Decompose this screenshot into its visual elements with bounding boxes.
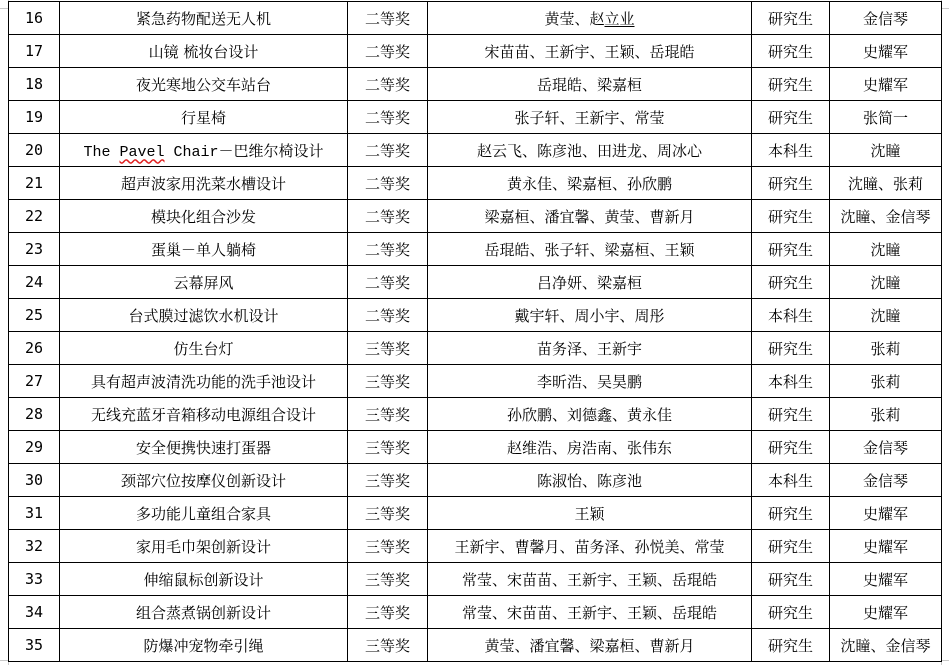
table-row: 19 行星椅 二等奖 张子轩、王新宇、常莹 研究生 张简一 [9,101,942,134]
advisor[interactable]: 金信琴 [830,431,942,464]
row-number[interactable]: 28 [9,398,60,431]
student-level[interactable]: 研究生 [752,431,830,464]
advisor[interactable]: 沈瞳、张莉 [830,167,942,200]
row-number[interactable]: 22 [9,200,60,233]
advisor[interactable]: 张简一 [830,101,942,134]
project-title[interactable]: 仿生台灯 [60,332,348,365]
project-title[interactable]: 颈部穴位按摩仪创新设计 [60,464,348,497]
advisor[interactable]: 史耀军 [830,68,942,101]
team-members[interactable]: 梁嘉桓、潘宜馨、黄莹、曹新月 [428,200,752,233]
table-row: 31 多功能儿童组合家具 三等奖 王颖 研究生 史耀军 [9,497,942,530]
student-level[interactable]: 研究生 [752,629,830,662]
advisor[interactable]: 史耀军 [830,35,942,68]
table-row: 34 组合蒸煮锅创新设计 三等奖 常莹、宋苗苗、王新宇、王颖、岳琨皓 研究生 史… [9,596,942,629]
project-title[interactable]: 蛋巢－单人躺椅 [60,233,348,266]
awards-table-body: 16 紧急药物配送无人机 二等奖 黄莹、赵立业 研究生 金信琴 17 山镜 梳妆… [9,2,942,662]
student-level[interactable]: 研究生 [752,530,830,563]
team-members[interactable]: 吕净妍、梁嘉桓 [428,266,752,299]
team-members[interactable]: 黄莹、赵立业 [428,2,752,35]
team-members[interactable]: 黄莹、潘宜馨、梁嘉桓、曹新月 [428,629,752,662]
title-chinese: －巴维尔椅设计 [219,142,324,160]
team-members[interactable]: 岳琨皓、张子轩、梁嘉桓、王颖 [428,233,752,266]
team-members[interactable]: 岳琨皓、梁嘉桓 [428,68,752,101]
team-members[interactable]: 常莹、宋苗苗、王新宇、王颖、岳琨皓 [428,563,752,596]
award-level[interactable]: 三等奖 [348,596,428,629]
team-members[interactable]: 陈淑怡、陈彦池 [428,464,752,497]
row-number[interactable]: 34 [9,596,60,629]
student-level[interactable]: 研究生 [752,266,830,299]
advisor[interactable]: 沈瞳 [830,233,942,266]
award-level[interactable]: 二等奖 [348,266,428,299]
award-level[interactable]: 二等奖 [348,200,428,233]
advisor[interactable]: 沈瞳 [830,266,942,299]
award-level[interactable]: 三等奖 [348,530,428,563]
student-level[interactable]: 研究生 [752,68,830,101]
row-number[interactable]: 26 [9,332,60,365]
table-row: 29 安全便携快速打蛋器 三等奖 赵维浩、房浩南、张伟东 研究生 金信琴 [9,431,942,464]
award-level[interactable]: 二等奖 [348,299,428,332]
project-title[interactable]: 夜光寒地公交车站台 [60,68,348,101]
row-number[interactable]: 16 [9,2,60,35]
student-level[interactable]: 研究生 [752,398,830,431]
award-level[interactable]: 二等奖 [348,101,428,134]
project-title[interactable]: 组合蒸煮锅创新设计 [60,596,348,629]
award-level[interactable]: 三等奖 [348,398,428,431]
advisor[interactable]: 张莉 [830,332,942,365]
row-number[interactable]: 35 [9,629,60,662]
advisor[interactable]: 沈瞳、金信琴 [830,629,942,662]
project-title[interactable]: 超声波家用洗菜水槽设计 [60,167,348,200]
table-row: 35 防爆冲宠物牵引绳 三等奖 黄莹、潘宜馨、梁嘉桓、曹新月 研究生 沈瞳、金信… [9,629,942,662]
page-corner-mark-bottom-right [941,660,949,665]
team-members[interactable]: 宋苗苗、王新宇、王颖、岳琨皓 [428,35,752,68]
table-row: 20 The Pavel Chair－巴维尔椅设计 二等奖 赵云飞、陈彦池、田进… [9,134,942,167]
advisor[interactable]: 张莉 [830,365,942,398]
underlined-text: 立业 [605,10,635,28]
project-title[interactable]: 家用毛巾架创新设计 [60,530,348,563]
team-members[interactable]: 苗务泽、王新宇 [428,332,752,365]
award-level[interactable]: 三等奖 [348,497,428,530]
project-title[interactable]: 防爆冲宠物牵引绳 [60,629,348,662]
award-level[interactable]: 三等奖 [348,464,428,497]
row-number[interactable]: 29 [9,431,60,464]
row-number[interactable]: 23 [9,233,60,266]
student-level[interactable]: 研究生 [752,167,830,200]
team-members[interactable]: 王新宇、曹馨月、苗务泽、孙悦美、常莹 [428,530,752,563]
table-row: 27 具有超声波清洗功能的洗手池设计 三等奖 李昕浩、吴昊鹏 本科生 张莉 [9,365,942,398]
award-level[interactable]: 二等奖 [348,2,428,35]
project-title[interactable]: The Pavel Chair－巴维尔椅设计 [60,134,348,167]
project-title[interactable]: 紧急药物配送无人机 [60,2,348,35]
project-title[interactable]: 台式膜过滤饮水机设计 [60,299,348,332]
team-members-text: 黄莹、赵 [544,10,604,28]
row-number[interactable]: 30 [9,464,60,497]
table-row: 17 山镜 梳妆台设计 二等奖 宋苗苗、王新宇、王颖、岳琨皓 研究生 史耀军 [9,35,942,68]
advisor[interactable]: 沈瞳 [830,134,942,167]
advisor[interactable]: 史耀军 [830,563,942,596]
table-row: 22 模块化组合沙发 二等奖 梁嘉桓、潘宜馨、黄莹、曹新月 研究生 沈瞳、金信琴 [9,200,942,233]
advisor[interactable]: 沈瞳、金信琴 [830,200,942,233]
team-members[interactable]: 李昕浩、吴昊鹏 [428,365,752,398]
row-number[interactable]: 18 [9,68,60,101]
table-row: 18 夜光寒地公交车站台 二等奖 岳琨皓、梁嘉桓 研究生 史耀军 [9,68,942,101]
advisor[interactable]: 张莉 [830,398,942,431]
row-number[interactable]: 17 [9,35,60,68]
table-row: 25 台式膜过滤饮水机设计 二等奖 戴宇轩、周小宇、周彤 本科生 沈瞳 [9,299,942,332]
award-level[interactable]: 二等奖 [348,68,428,101]
award-level[interactable]: 二等奖 [348,134,428,167]
award-level[interactable]: 三等奖 [348,365,428,398]
advisor[interactable]: 史耀军 [830,497,942,530]
row-number[interactable]: 27 [9,365,60,398]
student-level[interactable]: 研究生 [752,596,830,629]
row-number[interactable]: 32 [9,530,60,563]
project-title[interactable]: 山镜 梳妆台设计 [60,35,348,68]
project-title[interactable]: 安全便携快速打蛋器 [60,431,348,464]
student-level[interactable]: 研究生 [752,563,830,596]
award-level[interactable]: 三等奖 [348,629,428,662]
student-level[interactable]: 研究生 [752,35,830,68]
student-level[interactable]: 本科生 [752,134,830,167]
student-level[interactable]: 研究生 [752,200,830,233]
title-latin: The [83,144,119,161]
advisor[interactable]: 史耀军 [830,596,942,629]
row-number[interactable]: 20 [9,134,60,167]
advisor[interactable]: 沈瞳 [830,299,942,332]
row-number[interactable]: 25 [9,299,60,332]
student-level[interactable]: 本科生 [752,365,830,398]
row-number[interactable]: 31 [9,497,60,530]
student-level[interactable]: 研究生 [752,2,830,35]
award-level[interactable]: 三等奖 [348,563,428,596]
team-members[interactable]: 戴宇轩、周小宇、周彤 [428,299,752,332]
awards-table: 16 紧急药物配送无人机 二等奖 黄莹、赵立业 研究生 金信琴 17 山镜 梳妆… [8,1,942,662]
project-title[interactable]: 多功能儿童组合家具 [60,497,348,530]
project-title[interactable]: 伸缩鼠标创新设计 [60,563,348,596]
student-level[interactable]: 研究生 [752,233,830,266]
team-members[interactable]: 孙欣鹏、刘德鑫、黄永佳 [428,398,752,431]
project-title[interactable]: 行星椅 [60,101,348,134]
award-level[interactable]: 三等奖 [348,431,428,464]
project-title[interactable]: 模块化组合沙发 [60,200,348,233]
team-members[interactable]: 赵维浩、房浩南、张伟东 [428,431,752,464]
award-level[interactable]: 二等奖 [348,35,428,68]
spellcheck-flagged-word[interactable]: Pavel [119,144,164,161]
student-level[interactable]: 本科生 [752,464,830,497]
team-members[interactable]: 常莹、宋苗苗、王新宇、王颖、岳琨皓 [428,596,752,629]
advisor[interactable]: 金信琴 [830,2,942,35]
row-number[interactable]: 24 [9,266,60,299]
award-level[interactable]: 二等奖 [348,233,428,266]
table-row: 23 蛋巢－单人躺椅 二等奖 岳琨皓、张子轩、梁嘉桓、王颖 研究生 沈瞳 [9,233,942,266]
table-row: 26 仿生台灯 三等奖 苗务泽、王新宇 研究生 张莉 [9,332,942,365]
student-level[interactable]: 研究生 [752,332,830,365]
table-row: 24 云幕屏风 二等奖 吕净妍、梁嘉桓 研究生 沈瞳 [9,266,942,299]
award-level[interactable]: 二等奖 [348,167,428,200]
team-members[interactable]: 王颖 [428,497,752,530]
project-title[interactable]: 无线充蓝牙音箱移动电源组合设计 [60,398,348,431]
student-level[interactable]: 研究生 [752,497,830,530]
row-number[interactable]: 33 [9,563,60,596]
table-row: 28 无线充蓝牙音箱移动电源组合设计 三等奖 孙欣鹏、刘德鑫、黄永佳 研究生 张… [9,398,942,431]
table-row: 16 紧急药物配送无人机 二等奖 黄莹、赵立业 研究生 金信琴 [9,2,942,35]
table-row: 32 家用毛巾架创新设计 三等奖 王新宇、曹馨月、苗务泽、孙悦美、常莹 研究生 … [9,530,942,563]
student-level[interactable]: 本科生 [752,299,830,332]
team-members[interactable]: 张子轩、王新宇、常莹 [428,101,752,134]
table-row: 21 超声波家用洗菜水槽设计 二等奖 黄永佳、梁嘉桓、孙欣鹏 研究生 沈瞳、张莉 [9,167,942,200]
project-title[interactable]: 具有超声波清洗功能的洗手池设计 [60,365,348,398]
student-level[interactable]: 研究生 [752,101,830,134]
row-number[interactable]: 19 [9,101,60,134]
advisor[interactable]: 金信琴 [830,464,942,497]
team-members[interactable]: 黄永佳、梁嘉桓、孙欣鹏 [428,167,752,200]
row-number[interactable]: 21 [9,167,60,200]
page-corner-mark-top-right [941,0,949,9]
table-row: 33 伸缩鼠标创新设计 三等奖 常莹、宋苗苗、王新宇、王颖、岳琨皓 研究生 史耀… [9,563,942,596]
table-row: 30 颈部穴位按摩仪创新设计 三等奖 陈淑怡、陈彦池 本科生 金信琴 [9,464,942,497]
award-level[interactable]: 三等奖 [348,332,428,365]
title-latin: Chair [165,144,219,161]
advisor[interactable]: 史耀军 [830,530,942,563]
team-members[interactable]: 赵云飞、陈彦池、田进龙、周冰心 [428,134,752,167]
project-title[interactable]: 云幕屏风 [60,266,348,299]
